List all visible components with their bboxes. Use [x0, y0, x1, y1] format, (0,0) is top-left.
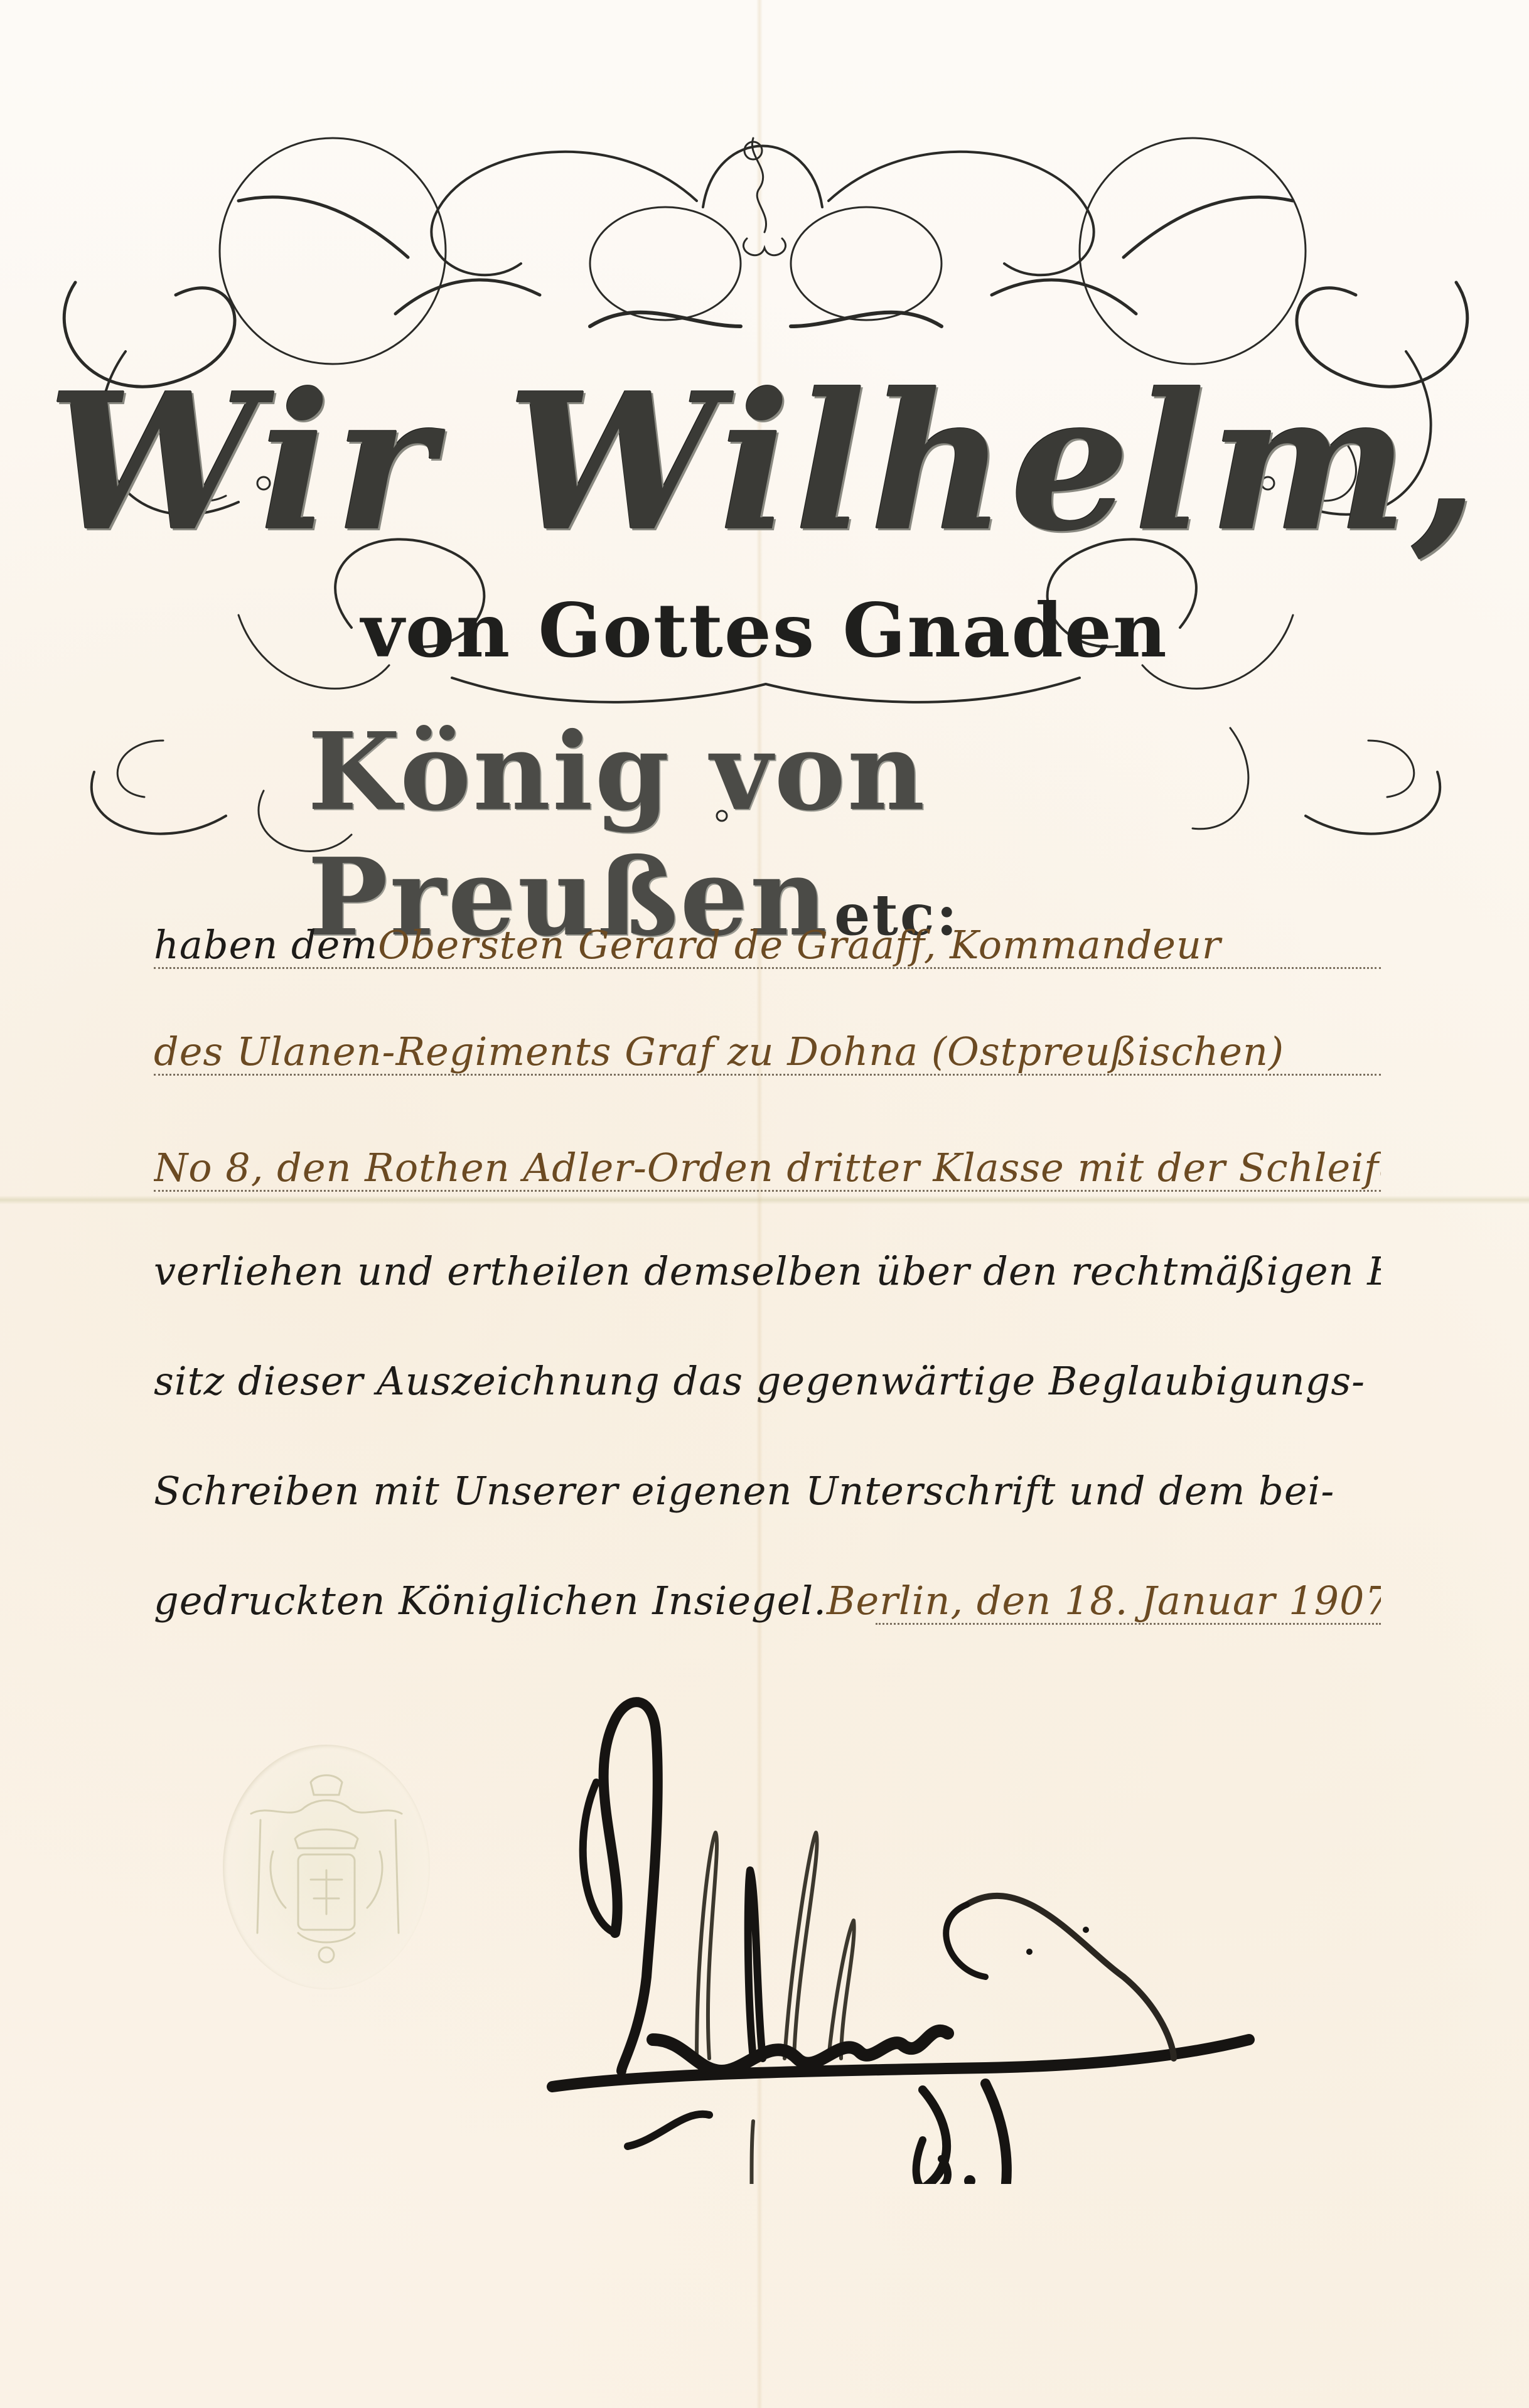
body-line-1: haben dem Obersten Gerard de Graaff, Kom…: [154, 904, 1381, 973]
printed-text: gedruckten Königlichen Insiegel.: [154, 1578, 827, 1629]
printed-text: haben dem: [154, 922, 378, 973]
printed-text: sitz dieser Auszeichnung das gegenwärtig…: [154, 1358, 1365, 1409]
body-line-3: No 8, den Rothen Adler-Orden dritter Kla…: [154, 1126, 1381, 1196]
body-line-7: gedruckten Königlichen Insiegel. Berlin,…: [154, 1560, 1381, 1629]
body-line-2: des Ulanen-Regiments Graf zu Dohna (Ostp…: [154, 1010, 1381, 1079]
royal-signature: Wilhelm R.: [546, 1682, 1456, 2184]
horizontal-fold-crease: [0, 1196, 1529, 1204]
embossed-seal: [223, 1745, 430, 1989]
title-wir-wilhelm: Wir Wilhelm,: [0, 351, 1529, 573]
handwritten-text: Obersten Gerard de Graaff, Kommandeur: [378, 922, 1221, 973]
handwritten-text: Berlin, den 18. Januar 1907.: [827, 1578, 1381, 1629]
body-line-4: verliehen und ertheilen demselben über d…: [154, 1230, 1381, 1299]
handwritten-text: des Ulanen-Regiments Graf zu Dohna (Ostp…: [154, 1029, 1284, 1079]
signature-wilhelm-r-icon: [546, 1682, 1456, 2184]
handwritten-text: No 8, den Rothen Adler-Orden dritter Kla…: [154, 1145, 1381, 1196]
body-line-5: sitz dieser Auszeichnung das gegenwärtig…: [154, 1340, 1381, 1409]
calligraphic-header: Wir Wilhelm, von Gottes Gnaden König von…: [0, 0, 1529, 879]
printed-text: Schreiben mit Unserer eigenen Unterschri…: [154, 1468, 1334, 1519]
coat-of-arms-icon: [223, 1745, 430, 1989]
dotted-fill-line: [154, 1074, 1381, 1076]
dotted-fill-line: [876, 1623, 1381, 1625]
dotted-fill-line: [154, 1190, 1381, 1192]
printed-text: verliehen und ertheilen demselben über d…: [154, 1248, 1381, 1299]
body-line-6: Schreiben mit Unserer eigenen Unterschri…: [154, 1450, 1381, 1519]
signature-text: Wilhelm R.: [546, 1682, 550, 1683]
dotted-fill-line: [154, 967, 1381, 969]
title-von-gottes-gnaden: von Gottes Gnaden: [0, 587, 1529, 674]
